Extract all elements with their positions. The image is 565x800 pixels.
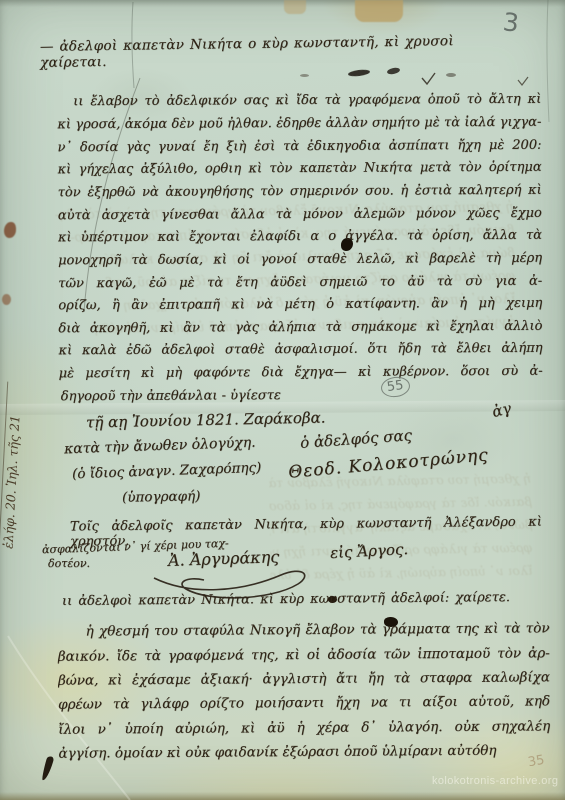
postscript-line: ἡ χθεσμή του σταφύλα Νικογῆ ἔλαβον τὰ γρ… [57,616,549,644]
postscript-body: ἡ χθεσμή του σταφύλα Νικογῆ ἔλαβον τὰ γρ… [57,616,550,765]
body-line: κὶ καλὰ ἐδῶ ἀδελφοὶ σταθὲ ἀσφαλισμοί. ὅτ… [58,338,542,363]
body-line: τὸν ἐξηρθῶ νὰ ἀκουγηθήσης τὸν σημερινόν … [58,180,542,206]
body-line: αὐτὰ ἀσχετὰ γίνεσθαι ἄλλα τὰ μόνον ἀλεμῶ… [58,203,542,228]
manuscript-scan: ἡ χθεσμή του σταφύλα Νικογῆ ἔλαβον τὰ γρ… [0,0,565,800]
body-line: μὲ μεσίτη κὶ μὴ φαφόντε διὰ ἔχηγα— κὶ κυ… [59,361,543,386]
delivery-note-line-2: δοτέον. [48,557,90,570]
postscript-line: φρέων τὰ γιλάφρ ορίζτο μοιήσαντι ἤχη να … [58,690,550,718]
body-line: ν᾽ δοσία γὰς γυναί ἔη ξιὴ ἐσὶ τὰ ἐδικηγο… [57,134,541,159]
postscript-line: ἀγγίση. ὁμοίαν κὶ οὐκ φαιδανίκ ἐξώρασι ὁ… [58,738,550,766]
postscript-line: ἴλοι ν᾽ ὑποίη αὐριώη, κὶ ἀϋ ἡ χέρα δ᾽ ὑλ… [58,714,550,742]
sender-note-line-3: (ὑπογραφή) [122,488,201,505]
body-line: μονοχηρῆ τὰ δωσία, κὶ οἱ γονοί σταθὲ λελ… [58,248,542,273]
body-line: τῶν καγῶ, ἐῶ μὲ τὰ ἔτη ἀϋδεὶ σημειῶ το ἀ… [58,270,542,295]
watermark: kolokotronis-archive.org [432,775,558,787]
salutation-line: — ἀδελφοὶ καπετὰν Νικήτα ο κὺρ κωνσταντῆ… [40,33,454,71]
postscript-line: βαικόν. ἴδε τὰ γραφόμενά της, κὶ οἱ ἀδοσ… [58,641,550,669]
body-line: κὶ γροσά, ἀκόμα δὲν μοῦ ἠλθαν. ἐδηρθε ἀλ… [57,112,541,137]
body-line: κὶ ὑπέρτιμον καὶ ἔχονται ἐλαφίδι α ο ἀγγ… [58,225,542,250]
body-line: δηγοροῦ τὴν ἀπεθάνλαι - ὑγίεστε [59,383,543,408]
postscript-line: βώνα, κὶ ἐχάσαμε ἀξιακή· ἀγγλιστὴ ἄτι ἤη… [58,665,550,693]
pencil-page-number: 3 [502,7,521,38]
body-line: ορίζω, ἢ ἂν ἐπιτραπῆ κὶ νὰ μέτη ὁ κατίφα… [58,293,542,318]
body-line: διὰ ἀκογηθῆ, κὶ ἂν τὰ γὰς ἀλήπια τὰ σημά… [58,315,542,340]
letter-body: ιι ἔλαβον τὸ ἀδελφικόν σας κὶ ἴδα τὰ γρα… [57,89,543,409]
body-line: κὶ γήχελας ἀξύλιθο, ορθιη κὶ τὸν καπετὰν… [58,157,542,182]
corner-pencil-number: 35 [527,753,546,771]
body-line: ιι ἔλαβον τὸ ἀδελφικόν σας κὶ ἴδα τὰ γρα… [57,89,541,115]
